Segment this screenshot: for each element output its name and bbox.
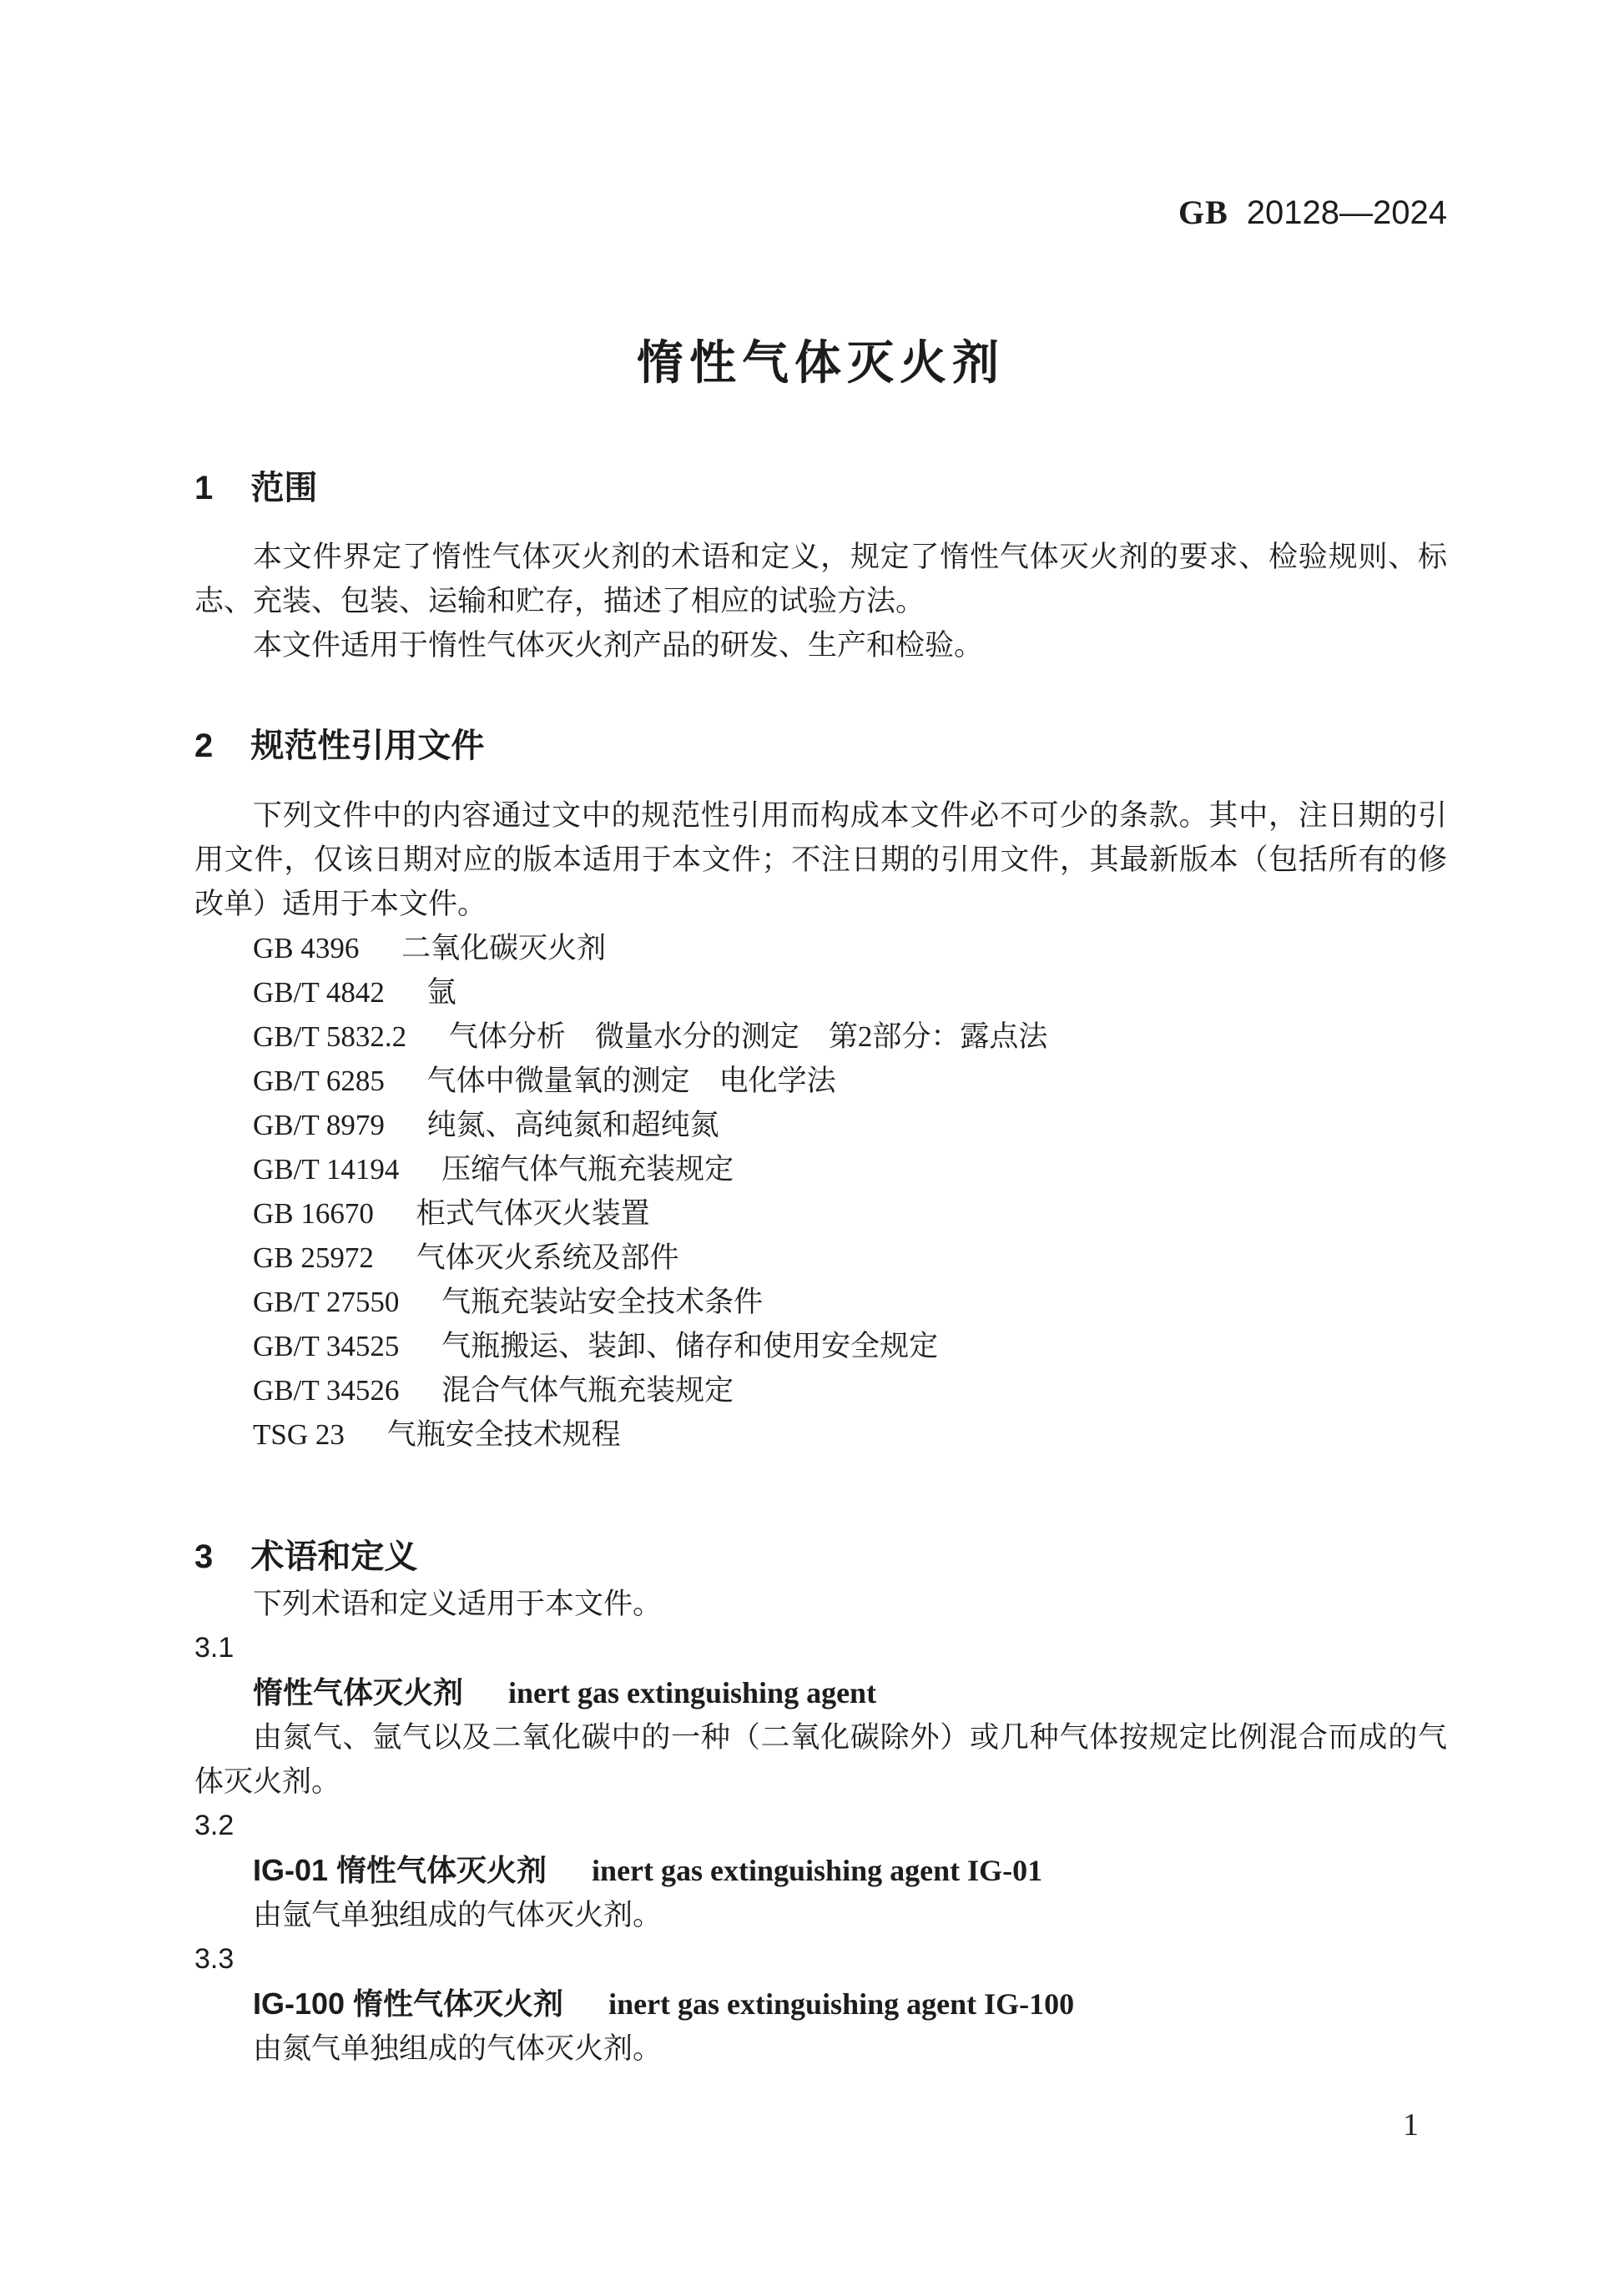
reference-title: 纯氮、高纯氮和超纯氮 [427,1109,719,1141]
term-name-en: inert gas extinguishing agent IG-01 [592,1854,1042,1887]
section-2-heading: 2 规范性引用文件 [194,727,1447,765]
term-name-en: inert gas extinguishing agent IG-100 [608,1987,1074,2021]
term-number: 3.1 [194,1626,1447,1670]
term-number: 3.3 [194,1937,1447,1981]
reference-code: GB/T 5832.2 [253,1020,406,1053]
term-name-en: inert gas extinguishing agent [508,1676,876,1709]
reference-code: GB 16670 [253,1197,374,1230]
term-definition: 由氮气、氩气以及二氧化碳中的一种（二氧化碳除外）或几种气体按规定比例混合而成的气… [194,1715,1447,1804]
scope-paragraph-1: 本文件界定了惰性气体灭火剂的术语和定义，规定了惰性气体灭火剂的要求、检验规则、标… [194,535,1447,623]
term-3-2: 3.2 IG-01 惰性气体灭火剂 inert gas extinguishin… [194,1804,1447,1937]
reference-title: 气体中微量氧的测定 电化学法 [427,1065,836,1097]
page-number: 1 [194,2107,1447,2142]
term-definition: 由氩气单独组成的气体灭火剂。 [194,1893,1447,1937]
standard-document-page: GB 20128—2024 惰性气体灭火剂 1 范围 本文件界定了惰性气体灭火剂… [0,0,1624,2296]
reference-item: GB/T 34526 混合气体气瓶充装规定 [194,1368,1447,1412]
section-3-heading: 3 术语和定义 [194,1538,1447,1576]
reference-item: GB/T 14194 压缩气体气瓶充装规定 [194,1147,1447,1191]
reference-item: GB/T 6285 气体中微量氧的测定 电化学法 [194,1059,1447,1103]
term-3-3: 3.3 IG-100 惰性气体灭火剂 inert gas extinguishi… [194,1937,1447,2071]
scope-paragraph-2: 本文件适用于惰性气体灭火剂产品的研发、生产和检验。 [194,623,1447,667]
reference-title: 二氧化碳灭火剂 [401,932,606,964]
section-3-number: 3 [194,1538,213,1575]
reference-code: GB 25972 [253,1241,374,1274]
reference-item: GB/T 34525 气瓶搬运、装卸、储存和使用安全规定 [194,1324,1447,1368]
reference-title: 气瓶安全技术规程 [387,1418,621,1451]
term-heading: IG-100 惰性气体灭火剂 inert gas extinguishing a… [194,1981,1447,2027]
normative-references-intro: 下列文件中的内容通过文中的规范性引用而构成本文件必不可少的条款。其中，注日期的引… [194,793,1447,926]
section-2-number: 2 [194,728,213,764]
reference-item: GB/T 27550 气瓶充装站安全技术条件 [194,1280,1447,1324]
reference-title: 氩 [427,976,456,1009]
section-1-heading: 1 范围 [194,469,1447,507]
reference-item: GB/T 4842 氩 [194,970,1447,1015]
doc-code: GB 20128—2024 [194,195,1447,230]
reference-item: GB/T 5832.2 气体分析 微量水分的测定 第2部分：露点法 [194,1015,1447,1059]
section-1-number: 1 [194,470,213,506]
reference-title: 压缩气体气瓶充装规定 [441,1153,734,1186]
term-name-zh: IG-01 惰性气体灭火剂 [253,1853,547,1887]
term-3-1: 3.1 惰性气体灭火剂 inert gas extinguishing agen… [194,1626,1447,1804]
reference-code: GB/T 8979 [253,1109,385,1141]
page-title: 惰性气体灭火剂 [194,335,1447,390]
reference-item: GB 16670 柜式气体灭火装置 [194,1191,1447,1236]
reference-item: GB 25972 气体灭火系统及部件 [194,1236,1447,1280]
reference-code: GB 4396 [253,932,359,964]
terms-intro: 下列术语和定义适用于本文件。 [194,1582,1447,1626]
doc-code-prefix: GB [1178,194,1228,231]
section-2-title: 规范性引用文件 [250,728,484,764]
reference-title: 气瓶充装站安全技术条件 [441,1286,763,1318]
reference-item: TSG 23 气瓶安全技术规程 [194,1412,1447,1457]
term-name-zh: IG-100 惰性气体灭火剂 [253,1986,563,2021]
reference-item: GB/T 8979 纯氮、高纯氮和超纯氮 [194,1103,1447,1147]
reference-title: 气瓶搬运、装卸、储存和使用安全规定 [441,1330,938,1362]
reference-code: GB/T 6285 [253,1065,385,1097]
term-number: 3.2 [194,1804,1447,1848]
doc-code-number: 20128—2024 [1247,194,1447,231]
reference-code: GB/T 27550 [253,1286,399,1318]
reference-code: GB/T 4842 [253,976,385,1009]
reference-code: GB/T 34526 [253,1374,399,1407]
reference-title: 柜式气体灭火装置 [416,1197,650,1230]
reference-title: 混合气体气瓶充装规定 [441,1374,734,1407]
reference-code: GB/T 34525 [253,1330,399,1362]
normative-reference-list: GB 4396 二氧化碳灭火剂 GB/T 4842 氩 GB/T 5832.2 … [194,926,1447,1457]
section-1-title: 范围 [250,470,317,506]
reference-title: 气体灭火系统及部件 [416,1241,679,1274]
reference-item: GB 4396 二氧化碳灭火剂 [194,926,1447,970]
term-heading: 惰性气体灭火剂 inert gas extinguishing agent [194,1670,1447,1715]
section-3-title: 术语和定义 [250,1538,417,1575]
reference-code: TSG 23 [253,1418,345,1451]
term-heading: IG-01 惰性气体灭火剂 inert gas extinguishing ag… [194,1848,1447,1893]
term-definition: 由氮气单独组成的气体灭火剂。 [194,2027,1447,2071]
reference-title: 气体分析 微量水分的测定 第2部分：露点法 [449,1020,1048,1053]
reference-code: GB/T 14194 [253,1153,399,1186]
term-name-zh: 惰性气体灭火剂 [253,1675,463,1709]
